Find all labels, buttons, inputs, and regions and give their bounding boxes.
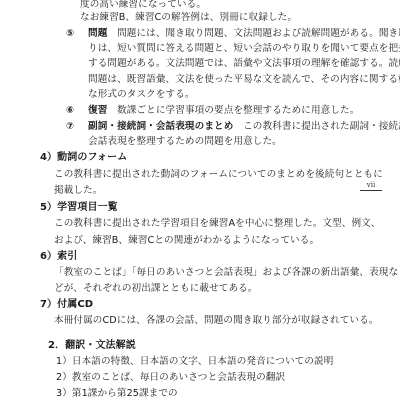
- subsection-heading: 4）動詞のフォーム: [40, 152, 127, 164]
- circled-number-6: ⑥: [66, 105, 88, 117]
- text-line: 「教室のことば」「毎日のあいさつと会話表現」および各課の新出語彙、表現な: [54, 267, 398, 279]
- item-6: ⑥復習 数課ごとに学習事項の要点を整理するために用意した。: [66, 105, 359, 117]
- text-line: 掲載した。: [54, 185, 102, 197]
- section-heading: 2．翻訳・文法解説: [48, 340, 136, 352]
- text-line: 問題には、聞き取り問題、文法問題および読解問題がある。聞き取: [117, 28, 400, 39]
- text-line: どが、それぞれの初出課とともに載せてある。: [54, 283, 258, 295]
- list-item: 3）第1課から第25課までの: [56, 388, 178, 400]
- list-item: 2）教室のことば、毎日のあいさつと会話表現の翻訳: [56, 372, 285, 384]
- circled-number-5: ⑤: [66, 28, 88, 40]
- text-line: および、練習B、練習Cとの関連がわかるようになっている。: [54, 235, 319, 247]
- document-page: 度の高い練習になっている。 なお練習B、練習Cの解答例は、別冊に収録した。 ⑤問…: [0, 0, 400, 400]
- text-line: 問題は、既習語彙、文法を使った平易な文を読んで、その内容に関する様々: [88, 74, 400, 86]
- item-7: ⑦副詞・接続詞・会話表現のまとめ この教科書に提出された副詞・接続詞・: [66, 121, 400, 133]
- subsection-heading: 5）学習項目一覧: [40, 202, 118, 214]
- item-title: 問題: [88, 28, 107, 39]
- item-5: ⑤問題 問題には、聞き取り問題、文法問題および読解問題がある。聞き取: [66, 28, 400, 40]
- text-line: この教科書に提出された動詞のフォームについてのまとめを後続句とともに: [54, 169, 383, 181]
- text-line: この教科書に提出された副詞・接続詞・: [243, 121, 400, 132]
- text-line: 数課ごとに学習事項の要点を整理するために用意した。: [117, 105, 359, 116]
- text-line: なお練習B、練習Cの解答例は、別冊に収録した。: [80, 12, 297, 24]
- text-line: 度の高い練習になっている。: [80, 0, 206, 11]
- list-item: 1）日本語の特徴、日本語の文字、日本語の発音についての説明: [56, 356, 333, 368]
- item-title: 復習: [88, 105, 107, 116]
- text-line: りは、短い質問に答える問題と、短い会話のやり取りを聞いて要点を把握: [88, 43, 400, 55]
- subsection-heading: 6）索引: [40, 251, 77, 263]
- subsection-heading: 7）付属CD: [40, 299, 93, 311]
- text-line: この教科書に提出された学習項目を練習Aを中心に整理した。文型、例文、: [54, 218, 381, 230]
- text-line: する問題がある。文法問題では、語彙や文法事項の理解を確認する。読解: [88, 58, 400, 70]
- page-number: vii: [360, 181, 382, 191]
- circled-number-7: ⑦: [66, 121, 88, 133]
- item-title: 副詞・接続詞・会話表現のまとめ: [88, 121, 233, 132]
- text-line: 会話表現を整理するための問題を用意した。: [88, 136, 282, 148]
- text-line: 本冊付属のCDには、各課の会話、問題の聞き取り部分が収録されている。: [54, 315, 379, 327]
- text-line: な形式のタスクをする。: [88, 89, 195, 101]
